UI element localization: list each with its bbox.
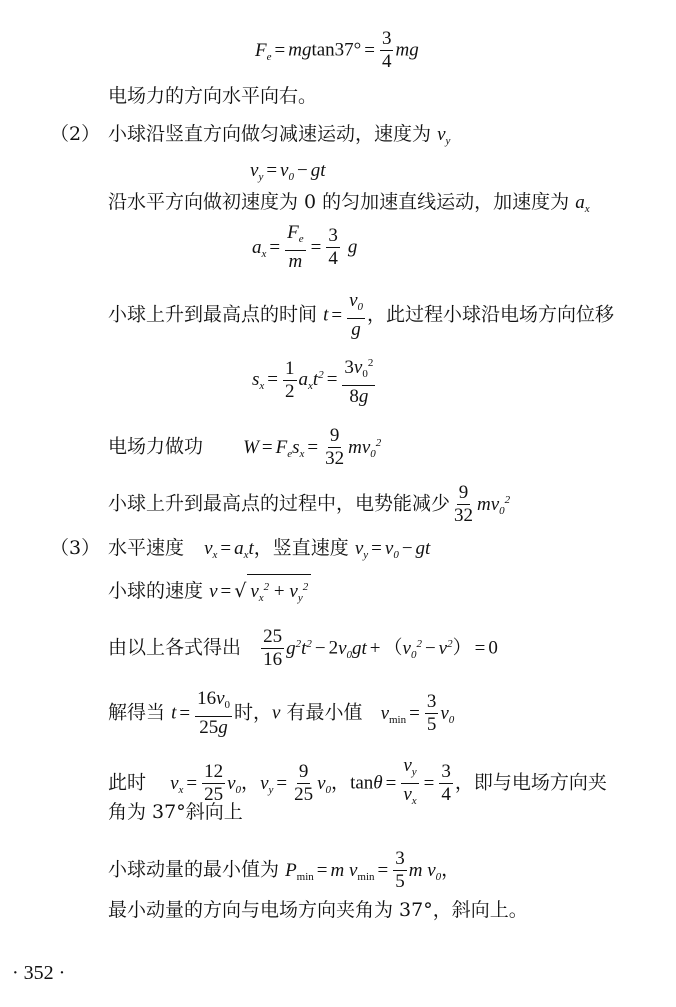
text-potential-energy-decrease: 小球上升到最高点的过程中，电势能减少932mv02 [108,482,510,527]
text-min-momentum: 小球动量的最小值为 Pmin=m vmin=35m v0， [108,848,460,893]
text-vertical-motion: 小球沿竖直方向做匀减速运动，速度为 vy [108,122,450,153]
text-horizontal-motion: 沿水平方向做初速度为 0 的匀加速直线运动，加速度为 ax [108,190,590,221]
text-speed: 小球的速度 v=√vx2 + vy2 [108,574,311,610]
page-number: · 352 · [12,962,65,985]
text-quadratic: 由以上各式得出 2516g2t2−2v0gt+（v02−v2）=0 [108,626,498,671]
formula-ax: ax=Fem=34 g [252,222,357,273]
formula-electric-force: Fe=mgtan37°=34mg [255,28,419,73]
part-3-label: （3） [50,536,100,560]
text-angle: 角为 37°斜向上 [108,800,243,824]
part-2-label: （2） [50,122,100,146]
text-work-done: 电场力做功 W=Fesx=932mv02 [108,425,381,470]
text-time-to-top: 小球上升到最高点的时间 t=v0g，此过程小球沿电场方向位移 [108,290,614,341]
text-momentum-direction: 最小动量的方向与电场方向夹角为 37°，斜向上。 [108,898,528,922]
text-force-direction: 电场力的方向水平向右。 [108,84,317,108]
formula-sx: sx=12axt2=3v028g [252,352,377,408]
text-velocities: 水平速度 vx=axt，竖直速度 vy=v0−gt [108,536,430,567]
formula-vy: vy=v0−gt [250,158,325,189]
text-min-speed: 解得当 t=16v025g时，v 有最小值 vmin=35v0 [108,688,454,739]
